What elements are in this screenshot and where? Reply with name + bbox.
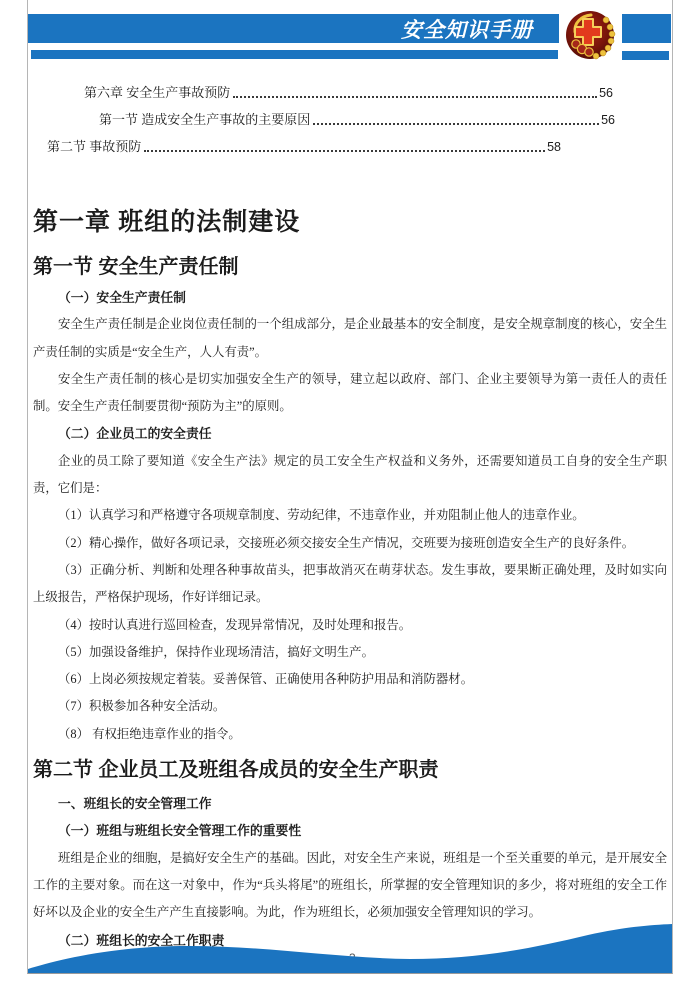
toc-entry-label: 第一节 造成安全生产事故的主要原因 xyxy=(99,111,310,129)
list-item: （4）按时认真进行巡回检查，发现异常情况，及时处理和报告。 xyxy=(33,612,667,639)
footer-wave-decoration xyxy=(28,916,672,973)
list-item: （2）精心操作，做好各项记录，交接班必须交接安全生产情况，交班要为接班创造安全生… xyxy=(33,530,667,557)
section-2-heading: 第二节 企业员工及班组各成员的安全生产职责 xyxy=(33,753,667,787)
list-item: （3）正确分析、判断和处理各种事故苗头，把事故消灭在萌芽状态。发生事故，要果断正… xyxy=(33,557,667,612)
list-item: （6）上岗必须按规定着装。妥善保管、正确使用各种防护用品和消防器材。 xyxy=(33,666,667,693)
subheading: （二）企业员工的安全责任 xyxy=(33,420,667,447)
subheading: 一、班组长的安全管理工作 xyxy=(33,790,667,817)
toc-page-number: 56 xyxy=(601,111,615,129)
list-item: （8） 有权拒绝违章作业的指令。 xyxy=(33,721,667,748)
paragraph: 安全生产责任制的核心是切实加强安全生产的领导，建立起以政府、部门、企业主要领导为… xyxy=(33,366,667,421)
header-thin-bar-right xyxy=(622,51,669,60)
list-item: （1）认真学习和严格遵守各项规章制度、劳动纪律，不违章作业，并劝阻制止他人的违章… xyxy=(33,502,667,529)
section-1-heading: 第一节 安全生产责任制 xyxy=(33,251,667,284)
subheading: （一）班组与班组长安全管理工作的重要性 xyxy=(33,817,667,844)
header-thin-bar xyxy=(31,50,558,59)
header-banner-right-block xyxy=(622,14,671,43)
list-item: （7）积极参加各种安全活动。 xyxy=(33,693,667,720)
toc-page-number: 58 xyxy=(547,138,561,156)
toc-leader-dots xyxy=(313,123,599,125)
toc-entry: 第二节 事故预防 58 xyxy=(33,129,667,156)
paragraph: 企业的员工除了要知道《安全生产法》规定的员工安全生产权益和义务外，还需要知道员工… xyxy=(33,448,667,503)
toc-leader-dots xyxy=(144,150,545,152)
toc-entry: 第六章 安全生产事故预防 56 xyxy=(33,75,667,102)
toc-leader-dots xyxy=(233,96,597,98)
toc-entry-label: 第六章 安全生产事故预防 xyxy=(84,84,230,102)
manual-title: 安全知识手册 xyxy=(401,14,559,44)
paragraph: 班组是企业的细胞，是搞好安全生产的基础。因此，对安全生产来说，班组是一个至关重要… xyxy=(33,845,667,927)
list-item: （5）加强设备维护，保持作业现场清洁，搞好文明生产。 xyxy=(33,639,667,666)
page-content: 第六章 安全生产事故预防 56 第一节 造成安全生产事故的主要原因 56 第二节… xyxy=(33,0,667,954)
toc-entry: 第一节 造成安全生产事故的主要原因 56 xyxy=(33,102,667,129)
safety-badge-icon xyxy=(565,10,617,62)
toc-page-number: 56 xyxy=(599,84,613,102)
subheading: （一）安全生产责任制 xyxy=(33,284,667,311)
paragraph: 安全生产责任制是企业岗位责任制的一个组成部分，是企业最基本的安全制度，是安全规章… xyxy=(33,311,667,366)
chapter-title: 第一章 班组的法制建设 xyxy=(33,201,667,245)
header-banner: 安全知识手册 xyxy=(28,14,559,43)
toc-entry-label: 第二节 事故预防 xyxy=(47,138,141,156)
